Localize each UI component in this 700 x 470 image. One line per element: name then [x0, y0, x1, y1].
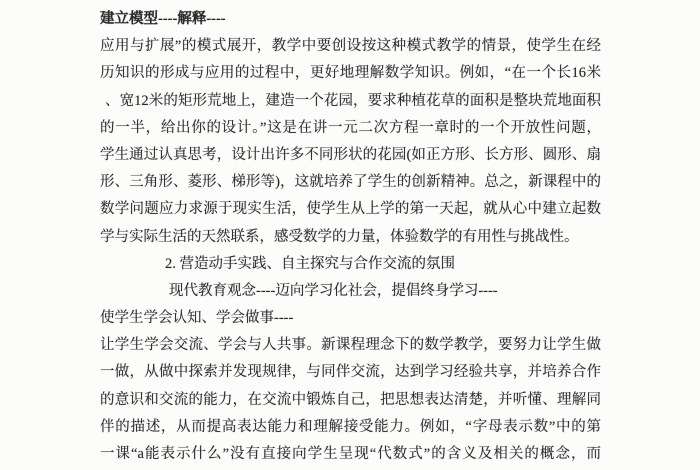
document-text-block: 建立模型----解释---- 应用与扩展”的模式展开，教学中要创设按这种模式教学…: [100, 6, 601, 468]
text-line: 让学生学会交流、学会与人共事。新课程理念下的数学教学，要努力让学生做: [100, 332, 601, 359]
dash-heading-line: 使学生学会认知、学会做事----: [100, 305, 601, 332]
dash-heading-line: 建立模型----解释----: [100, 6, 601, 33]
text-line: 、宽12米的矩形荒地上，建造一个花园，要求种植花草的面积是整块荒地面积: [100, 88, 601, 115]
text-line: 形、三角形、菱形、梯形等)，这就培养了学生的创新精神。总之，新课程中的: [100, 169, 601, 196]
text-line: 的一半，给出你的设计。”这是在讲一元二次方程一章时的一个开放性问题，: [100, 115, 601, 142]
document-page: 建立模型----解释---- 应用与扩展”的模式展开，教学中要创设按这种模式教学…: [0, 0, 700, 470]
text-line: 一做，从做中探索并发现规律，与同伴交流，达到学习经验共享，并培养合作: [100, 359, 601, 386]
text-line: 应用与扩展”的模式展开，教学中要创设按这种模式教学的情景，使学生在经: [100, 33, 601, 60]
text-line: 历知识的形成与应用的过程中，更好地理解数学知识。例如，“在一个长16米: [100, 60, 601, 87]
text-line: 学生通过认真思考，设计出许多不同形状的花园(如正方形、长方形、圆形、扇: [100, 142, 601, 169]
text-line: 数学问题应力求源于现实生活，使学生从上学的第一天起，就从心中建立起数: [100, 196, 601, 223]
dash-heading-line: 现代教育观念----迈向学习化社会，提倡终身学习----: [100, 278, 601, 305]
text-line: 学与实际生活的天然联系，感受数学的力量，体验数学的有用性与挑战性。: [100, 224, 601, 251]
text-line: 伴的描述，从而提高表达能力和理解接受能力。例如，“字母表示数”中的第: [100, 414, 601, 441]
text-line: 一课“a能表示什么”没有直接向学生呈现“代数式”的含义及相关的概念，而: [100, 441, 601, 468]
numbered-section-heading: 2. 营造动手实践、自主探究与合作交流的氛围: [100, 251, 601, 278]
text-line: 的意识和交流的能力，在交流中锻炼自己，把思想表达清楚，并听懂、理解同: [100, 387, 601, 414]
